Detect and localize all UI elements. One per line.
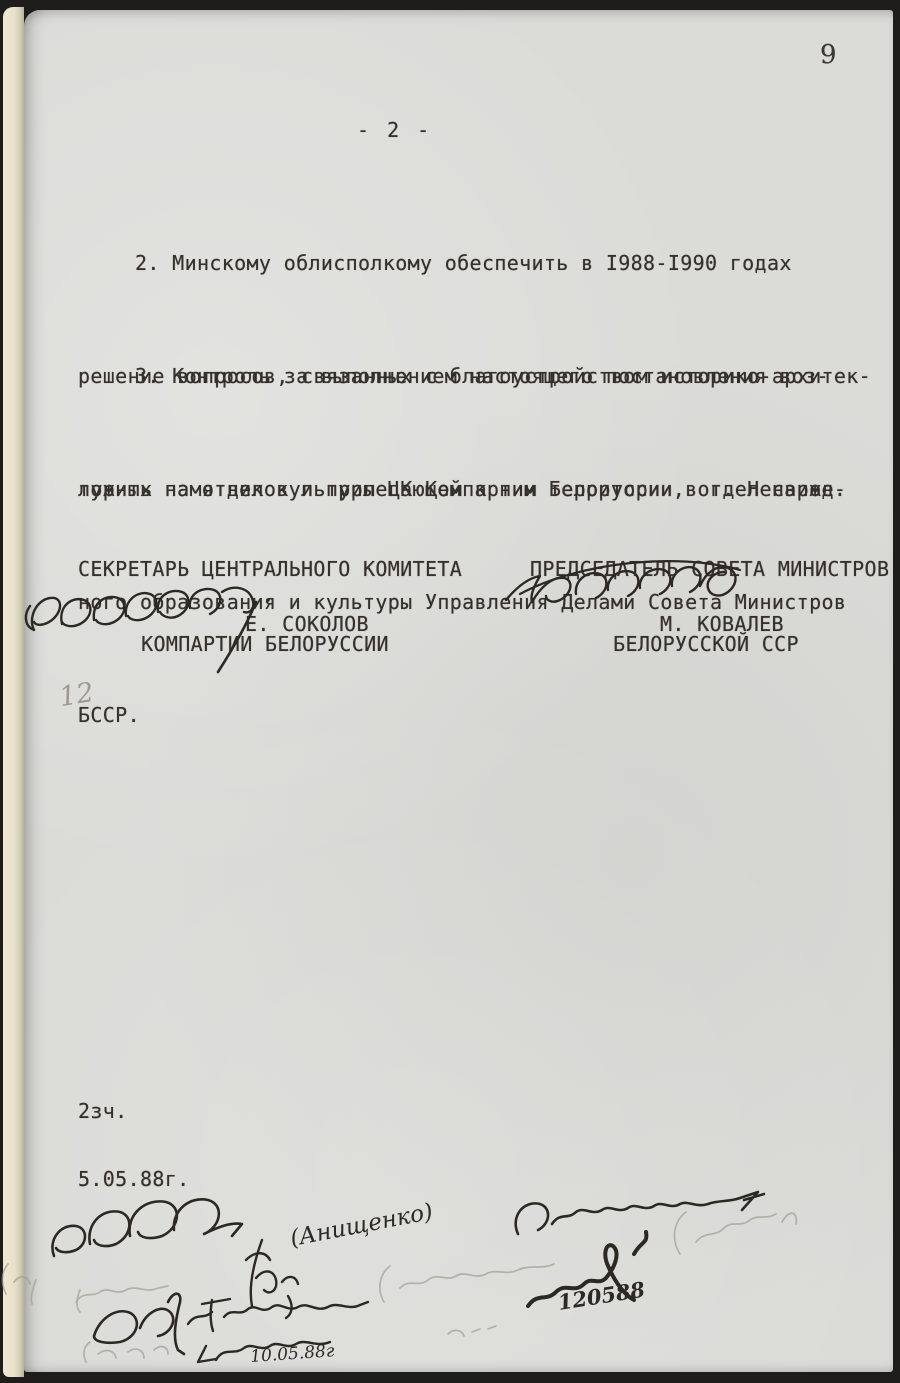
signatory-right-title: ПРЕДСЕДАТЕЛЬ СОВЕТА МИНИСТРОВ БЕЛОРУССКО… xyxy=(530,507,882,682)
paragraph-3-line: БССР. xyxy=(78,697,878,735)
footer-date: 5.05.88г. xyxy=(78,1168,190,1191)
signatory-right-typed-name: М. КОВАЛЕВ xyxy=(660,606,784,644)
signatory-left-typed-name: Е. СОКОЛОВ xyxy=(245,606,369,644)
margin-pencil-number: 12 xyxy=(57,677,96,713)
sheet-label: - 2 - xyxy=(357,112,432,150)
signatory-left-title: СЕКРЕТАРЬ ЦЕНТРАЛЬНОГО КОМИТЕТА КОМПАРТИ… xyxy=(78,507,452,682)
scanned-document-page: { "scan": { "page_number": "9", "sheet_l… xyxy=(0,0,900,1383)
footer-ref: 2зч. xyxy=(78,1100,190,1123)
signatory-left-title-line1: СЕКРЕТАРЬ ЦЕНТРАЛЬНОГО КОМИТЕТА xyxy=(78,557,452,582)
paragraph-2-line: 2. Минскому облисполкому обеспечить в I9… xyxy=(78,245,878,283)
footer-block: 2зч. 5.05.88г. xyxy=(78,1055,190,1213)
signatory-right-title-line1: ПРЕДСЕДАТЕЛЬ СОВЕТА МИНИСТРОВ xyxy=(530,557,882,582)
book-gutter-edge xyxy=(3,7,24,1377)
page-number: 9 xyxy=(820,40,837,70)
paragraph-3-line: 3. Контроль за выполнением настоящего по… xyxy=(78,358,878,396)
paragraph-3-line: ложить на отдел культуры ЦК Компартии Бе… xyxy=(78,471,878,509)
